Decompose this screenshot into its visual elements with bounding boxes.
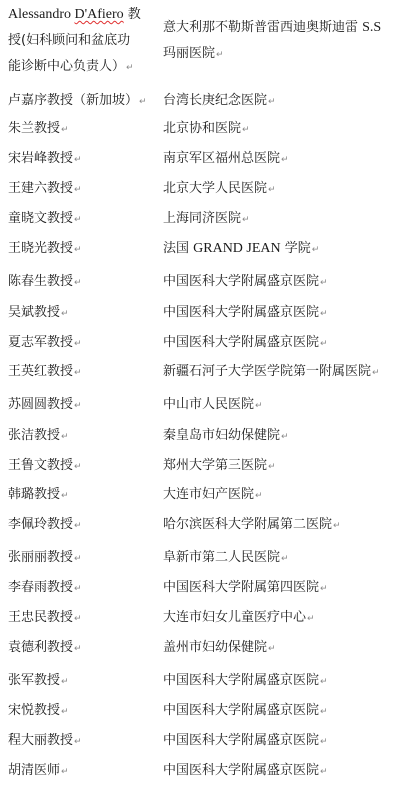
paragraph-mark-icon: ↵ bbox=[281, 554, 289, 564]
expert-name: 王忠民教授↵ bbox=[8, 605, 82, 631]
paragraph-mark-icon: ↵ bbox=[281, 155, 289, 165]
paragraph-mark-icon: ↵ bbox=[61, 707, 69, 717]
expert-name: 张洁教授↵ bbox=[8, 423, 69, 449]
paragraph-mark-icon: ↵ bbox=[74, 554, 82, 564]
expert-name: 苏圆圆教授↵ bbox=[8, 392, 82, 418]
expert-hospital: 中国医科大学附属盛京医院↵ bbox=[163, 330, 328, 356]
expert-entry: 王鲁文教授↵郑州大学第三医院↵ bbox=[8, 453, 414, 479]
paragraph-mark-icon: ↵ bbox=[61, 432, 69, 442]
expert-name: 李佩玲教授↵ bbox=[8, 512, 82, 538]
expert-hospital: 阜新市第二人民医院↵ bbox=[163, 545, 289, 571]
paragraph-mark-icon: ↵ bbox=[320, 707, 328, 717]
expert-hospital: 郑州大学第三医院↵ bbox=[163, 453, 276, 479]
expert-hospital: 法国 GRAND JEAN 学院↵ bbox=[163, 236, 319, 262]
paragraph-mark-icon: ↵ bbox=[320, 309, 328, 319]
expert-name: 宋悦教授↵ bbox=[8, 698, 69, 724]
paragraph-mark-icon: ↵ bbox=[312, 245, 320, 255]
expert-name: 宋岩峰教授↵ bbox=[8, 146, 82, 172]
expert-entry: 苏圆圆教授↵中山市人民医院↵ bbox=[8, 392, 414, 418]
paragraph-mark-icon: ↵ bbox=[320, 677, 328, 687]
paragraph-mark-icon: ↵ bbox=[320, 339, 328, 349]
spellcheck-underlined-word: D'Afiero bbox=[75, 7, 124, 22]
paragraph-mark-icon: ↵ bbox=[126, 63, 134, 73]
paragraph-mark-icon: ↵ bbox=[320, 278, 328, 288]
expert-name: 李春雨教授↵ bbox=[8, 575, 82, 601]
expert-entry: 王英红教授↵新疆石河子大学医学院第一附属医院↵ bbox=[8, 359, 414, 385]
expert-entry: Alessandro D'Afiero 教 授(妇科顾问和盆底功 能诊断中心负责… bbox=[8, 2, 414, 86]
paragraph-mark-icon: ↵ bbox=[74, 185, 82, 195]
paragraph-mark-icon: ↵ bbox=[61, 677, 69, 687]
paragraph-mark-icon: ↵ bbox=[74, 614, 82, 624]
expert-hospital: 中国医科大学附属盛京医院↵ bbox=[163, 698, 328, 724]
paragraph-mark-icon: ↵ bbox=[61, 309, 69, 319]
expert-hospital: 中国医科大学附属盛京医院↵ bbox=[163, 668, 328, 694]
expert-hospital: 大连市妇女儿童医疗中心↵ bbox=[163, 605, 315, 631]
expert-hospital: 中国医科大学附属盛京医院↵ bbox=[163, 300, 328, 326]
paragraph-mark-icon: ↵ bbox=[320, 767, 328, 777]
paragraph-mark-icon: ↵ bbox=[74, 155, 82, 165]
expert-name: 胡清医师↵ bbox=[8, 758, 69, 784]
expert-entry: 张丽丽教授↵阜新市第二人民医院↵ bbox=[8, 545, 414, 571]
paragraph-mark-icon: ↵ bbox=[242, 125, 250, 135]
expert-entry: 童晓文教授↵上海同济医院↵ bbox=[8, 206, 414, 232]
paragraph-mark-icon: ↵ bbox=[216, 50, 224, 60]
expert-entry: 朱兰教授↵北京协和医院↵ bbox=[8, 116, 414, 142]
expert-hospital: 大连市妇产医院↵ bbox=[163, 482, 263, 508]
paragraph-mark-icon: ↵ bbox=[139, 97, 147, 107]
paragraph-mark-icon: ↵ bbox=[372, 368, 380, 378]
expert-hospital: 北京协和医院↵ bbox=[163, 116, 250, 142]
paragraph-mark-icon: ↵ bbox=[268, 185, 276, 195]
paragraph-mark-icon: ↵ bbox=[74, 245, 82, 255]
paragraph-mark-icon: ↵ bbox=[74, 278, 82, 288]
expert-hospital: 新疆石河子大学医学院第一附属医院↵ bbox=[163, 359, 380, 385]
expert-hospital: 秦皇岛市妇幼保健院↵ bbox=[163, 423, 289, 449]
expert-hospital: 台湾长庚纪念医院↵ bbox=[163, 88, 276, 114]
expert-name: 朱兰教授↵ bbox=[8, 116, 69, 142]
paragraph-mark-icon: ↵ bbox=[333, 521, 341, 531]
expert-entry: 韩璐教授↵大连市妇产医院↵ bbox=[8, 482, 414, 508]
expert-name: 王鲁文教授↵ bbox=[8, 453, 82, 479]
expert-name: 童晓文教授↵ bbox=[8, 206, 82, 232]
paragraph-mark-icon: ↵ bbox=[74, 737, 82, 747]
paragraph-mark-icon: ↵ bbox=[74, 644, 82, 654]
expert-name: 卢嘉序教授（新加坡）↵ bbox=[8, 88, 147, 114]
expert-entry: 夏志军教授↵中国医科大学附属盛京医院↵ bbox=[8, 330, 414, 356]
expert-hospital: 中山市人民医院↵ bbox=[163, 392, 263, 418]
expert-name: 王建六教授↵ bbox=[8, 176, 82, 202]
paragraph-mark-icon: ↵ bbox=[74, 339, 82, 349]
expert-entry: 李佩玲教授↵哈尔滨医科大学附属第二医院↵ bbox=[8, 512, 414, 538]
paragraph-mark-icon: ↵ bbox=[74, 215, 82, 225]
paragraph-mark-icon: ↵ bbox=[61, 767, 69, 777]
expert-hospital: 中国医科大学附属盛京医院↵ bbox=[163, 758, 328, 784]
expert-name: 张军教授↵ bbox=[8, 668, 69, 694]
expert-entry: 胡清医师↵中国医科大学附属盛京医院↵ bbox=[8, 758, 414, 784]
paragraph-mark-icon: ↵ bbox=[74, 368, 82, 378]
expert-name: 韩璐教授↵ bbox=[8, 482, 69, 508]
expert-hospital: 上海同济医院↵ bbox=[163, 206, 250, 232]
paragraph-mark-icon: ↵ bbox=[74, 521, 82, 531]
paragraph-mark-icon: ↵ bbox=[320, 584, 328, 594]
expert-hospital: 中国医科大学附属盛京医院↵ bbox=[163, 269, 328, 295]
paragraph-mark-icon: ↵ bbox=[255, 401, 263, 411]
expert-hospital: 南京军区福州总医院↵ bbox=[163, 146, 289, 172]
paragraph-mark-icon: ↵ bbox=[242, 215, 250, 225]
expert-name: 袁德利教授↵ bbox=[8, 635, 82, 661]
paragraph-mark-icon: ↵ bbox=[61, 125, 69, 135]
expert-name: 王晓光教授↵ bbox=[8, 236, 82, 262]
expert-hospital: 意大利那不勒斯普雷西迪奥斯迪雷 S.S 玛丽医院↵ bbox=[163, 15, 381, 67]
expert-entry: 张军教授↵中国医科大学附属盛京医院↵ bbox=[8, 668, 414, 694]
expert-name: Alessandro D'Afiero 教 授(妇科顾问和盆底功 能诊断中心负责… bbox=[8, 2, 141, 80]
expert-entry: 王建六教授↵北京大学人民医院↵ bbox=[8, 176, 414, 202]
paragraph-mark-icon: ↵ bbox=[268, 462, 276, 472]
paragraph-mark-icon: ↵ bbox=[281, 432, 289, 442]
paragraph-mark-icon: ↵ bbox=[320, 737, 328, 747]
paragraph-mark-icon: ↵ bbox=[74, 584, 82, 594]
paragraph-mark-icon: ↵ bbox=[268, 97, 276, 107]
expert-name: 陈春生教授↵ bbox=[8, 269, 82, 295]
expert-entry: 王晓光教授↵法国 GRAND JEAN 学院↵ bbox=[8, 236, 414, 262]
expert-name: 程大丽教授↵ bbox=[8, 728, 82, 754]
expert-hospital: 北京大学人民医院↵ bbox=[163, 176, 276, 202]
expert-entry: 宋悦教授↵中国医科大学附属盛京医院↵ bbox=[8, 698, 414, 724]
expert-hospital: 中国医科大学附属盛京医院↵ bbox=[163, 728, 328, 754]
expert-entry: 李春雨教授↵中国医科大学附属第四医院↵ bbox=[8, 575, 414, 601]
expert-entry: 张洁教授↵秦皇岛市妇幼保健院↵ bbox=[8, 423, 414, 449]
expert-entry: 袁德利教授↵盖州市妇幼保健院↵ bbox=[8, 635, 414, 661]
expert-hospital: 哈尔滨医科大学附属第二医院↵ bbox=[163, 512, 341, 538]
expert-entry: 吴斌教授↵中国医科大学附属盛京医院↵ bbox=[8, 300, 414, 326]
expert-entry: 陈春生教授↵中国医科大学附属盛京医院↵ bbox=[8, 269, 414, 295]
expert-name: 王英红教授↵ bbox=[8, 359, 82, 385]
expert-entry: 宋岩峰教授↵南京军区福州总医院↵ bbox=[8, 146, 414, 172]
expert-name: 张丽丽教授↵ bbox=[8, 545, 82, 571]
paragraph-mark-icon: ↵ bbox=[74, 462, 82, 472]
paragraph-mark-icon: ↵ bbox=[74, 401, 82, 411]
expert-entry: 程大丽教授↵中国医科大学附属盛京医院↵ bbox=[8, 728, 414, 754]
expert-hospital: 盖州市妇幼保健院↵ bbox=[163, 635, 276, 661]
expert-entry: 卢嘉序教授（新加坡）↵台湾长庚纪念医院↵ bbox=[8, 88, 414, 114]
paragraph-mark-icon: ↵ bbox=[61, 491, 69, 501]
paragraph-mark-icon: ↵ bbox=[255, 491, 263, 501]
paragraph-mark-icon: ↵ bbox=[268, 644, 276, 654]
paragraph-mark-icon: ↵ bbox=[307, 614, 315, 624]
expert-entry: 王忠民教授↵大连市妇女儿童医疗中心↵ bbox=[8, 605, 414, 631]
expert-name: 吴斌教授↵ bbox=[8, 300, 69, 326]
expert-name: 夏志军教授↵ bbox=[8, 330, 82, 356]
expert-hospital: 中国医科大学附属第四医院↵ bbox=[163, 575, 328, 601]
